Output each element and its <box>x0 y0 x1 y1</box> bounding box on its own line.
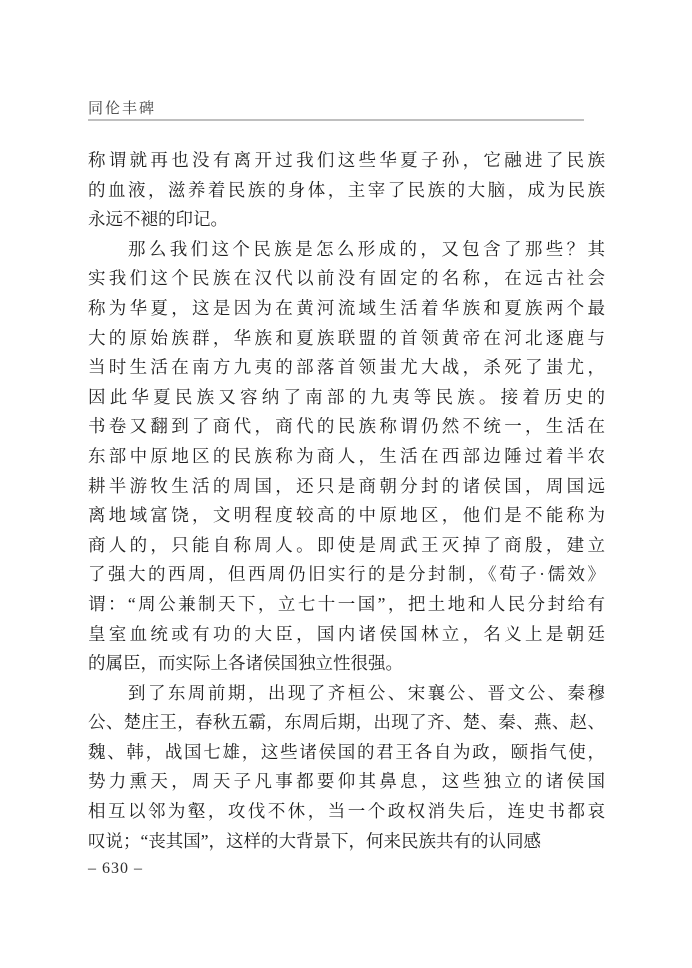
text-line: 称谓就再也没有离开过我们这些华夏子孙，它融进了民族 <box>88 146 605 176</box>
text-line: 永远不褪的印记。 <box>88 205 605 235</box>
text-line: 书卷又翻到了商代，商代的民族称谓仍然不统一，生活在 <box>88 412 605 442</box>
book-page: 同伦丰碑 称谓就再也没有离开过我们这些华夏子孙，它融进了民族的血液，滋养着民族的… <box>0 0 692 968</box>
page-number: – 630 – <box>88 860 143 878</box>
text-line: 了强大的西周，但西周仍旧实行的是分封制，《荀子·儒效》 <box>88 560 605 590</box>
text-line: 相互以邻为壑，攻伐不休，当一个政权消失后，连史书都哀 <box>88 797 605 827</box>
text-line: 势力熏天，周天子凡事都要仰其鼻息，这些独立的诸侯国 <box>88 767 605 797</box>
text-line: 的属臣，而实际上各诸侯国独立性很强。 <box>88 649 605 679</box>
text-line: 因此华夏民族又容纳了南部的九夷等民族。接着历史的 <box>88 383 605 413</box>
text-line: 离地域富饶，文明程度较高的中原地区，他们是不能称为 <box>88 501 605 531</box>
text-line: 到了东周前期，出现了齐桓公、宋襄公、晋文公、秦穆 <box>88 679 605 709</box>
text-line: 那么我们这个民族是怎么形成的，又包含了那些？其 <box>88 235 605 265</box>
text-line: 东部中原地区的民族称为商人，生活在西部边陲过着半农 <box>88 442 605 472</box>
text-line: 实我们这个民族在汉代以前没有固定的名称，在远古社会 <box>88 264 605 294</box>
text-line: 魏、韩，战国七雄，这些诸侯国的君王各自为政，颐指气使， <box>88 738 605 768</box>
header-rule <box>88 119 584 121</box>
body-text: 称谓就再也没有离开过我们这些华夏子孙，它融进了民族的血液，滋养着民族的身体，主宰… <box>88 146 605 856</box>
text-line: 商人的，只能自称周人。即使是周武王灭掉了商殷，建立 <box>88 531 605 561</box>
text-line: 公、楚庄王，春秋五霸，东周后期，出现了齐、楚、秦、燕、赵、 <box>88 708 605 738</box>
text-line: 称为华夏，这是因为在黄河流域生活着华族和夏族两个最 <box>88 294 605 324</box>
text-line: 大的原始族群，华族和夏族联盟的首领黄帝在河北逐鹿与 <box>88 324 605 354</box>
running-header-title: 同伦丰碑 <box>88 97 156 118</box>
text-line: 的血液，滋养着民族的身体，主宰了民族的大脑，成为民族 <box>88 176 605 206</box>
text-line: 叹说；“丧其国”，这样的大背景下，何来民族共有的认同感 <box>88 827 605 857</box>
text-line: 耕半游牧生活的周国，还只是商朝分封的诸侯国，周国远 <box>88 472 605 502</box>
text-line: 谓：“周公兼制天下，立七十一国”，把土地和人民分封给有 <box>88 590 605 620</box>
text-line: 当时生活在南方九夷的部落首领蚩尤大战，杀死了蚩尤， <box>88 353 605 383</box>
text-line: 皇室血统或有功的大臣，国内诸侯国林立，名义上是朝廷 <box>88 620 605 650</box>
